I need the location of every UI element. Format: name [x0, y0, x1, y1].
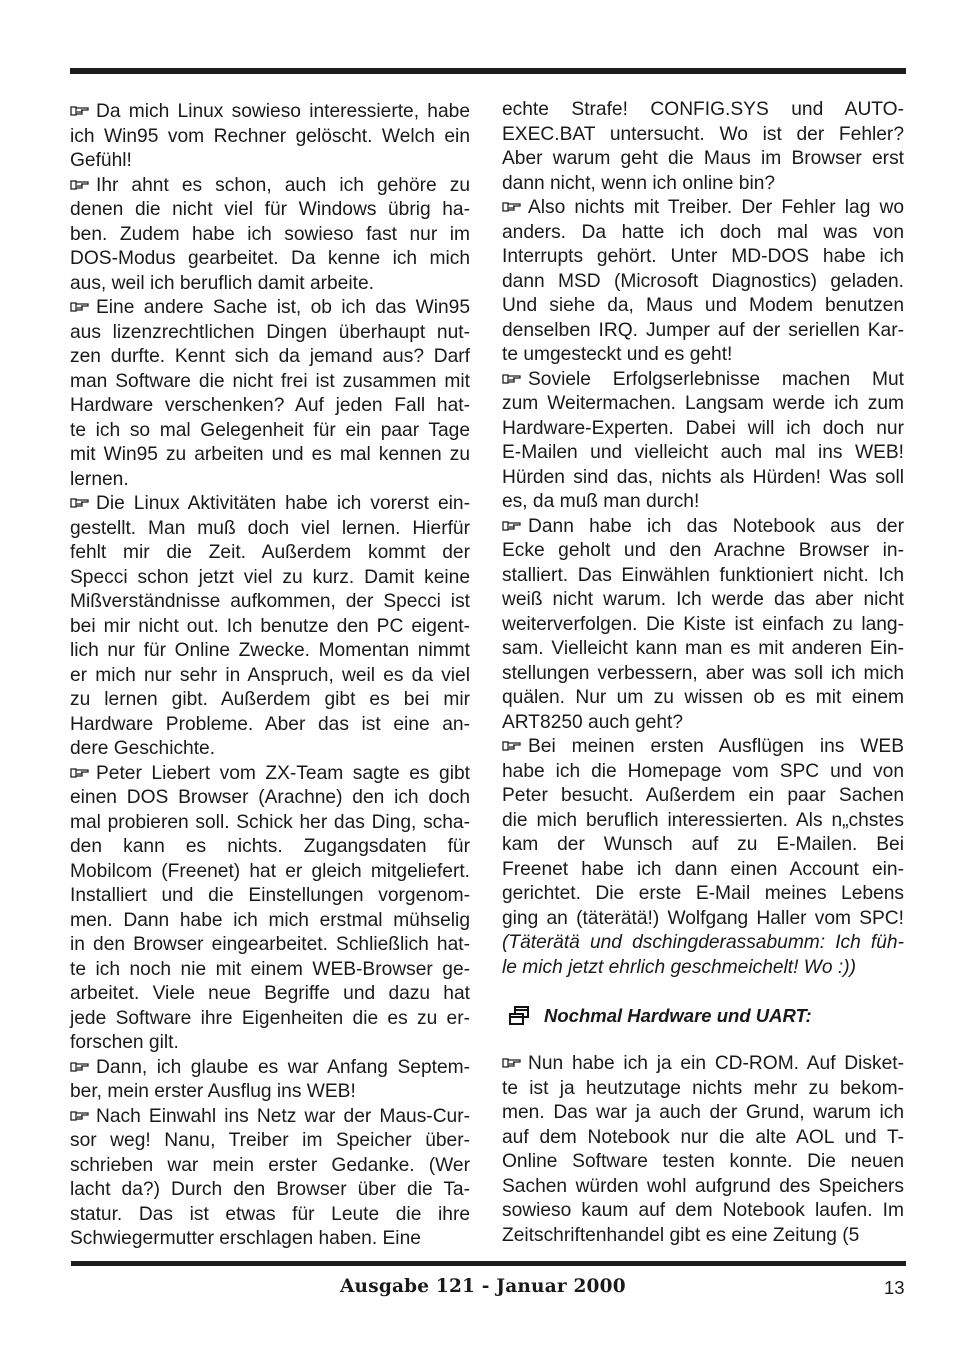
line-text: Mobilcom (Freenet) hat er gleich mitgeli… [70, 861, 470, 882]
paragraph: Da mich Linux sowieso interessierte, hab… [70, 100, 470, 174]
text-line: weiterverfolgen. Die Kiste ist einfach z… [502, 613, 904, 638]
text-line: stellungen verbessern, aber was soll ich… [502, 662, 904, 687]
paragraph: Die Linux Aktivitäten habe ich vorerst e… [70, 492, 470, 762]
line-text: Hardware verschenken? Auf jeden Fall hat… [70, 395, 470, 416]
pointing-hand-icon [502, 519, 522, 531]
line-text: aus, weil ich beruflich damit arbeite. [70, 273, 374, 294]
text-line: Nach Einwahl ins Netz war der Maus-Cur- [70, 1105, 470, 1130]
text-line: Sachen würden wohl aufgrund des Speicher… [502, 1175, 904, 1200]
line-text: te ist ja heutzutage nichts mehr zu beko… [502, 1078, 904, 1099]
line-text: Peter besucht. Außerdem ein paar Sachen [502, 785, 904, 806]
line-text: Nach Einwahl ins Netz war der Maus-Cur- [96, 1106, 470, 1127]
line-text: ber, mein erster Ausflug ins WEB! [70, 1081, 356, 1102]
text-line: sam. Vielleicht kann man es mit anderen … [502, 637, 904, 662]
windows-icon [508, 1006, 530, 1026]
text-line: te ich so mal Gelegenheit für ein paar T… [70, 419, 470, 444]
text-line: ich Win95 vom Rechner gelöscht. Welch ei… [70, 125, 470, 150]
text-line: ging an (täterätä!) Wolfgang Haller vom … [502, 907, 904, 932]
line-text: ART8250 auch geht? [502, 712, 683, 733]
line-text: lacht da?) Durch den Browser über die Ta… [70, 1179, 470, 1200]
text-line: es, da muß man durch! [502, 490, 904, 515]
text-line: fehlt mir die Zeit. Außerdem kommt der [70, 541, 470, 566]
text-line: lacht da?) Durch den Browser über die Ta… [70, 1178, 470, 1203]
text-line: Soviele Erfolgserlebnisse machen Mut [502, 368, 904, 393]
line-text: zum Weitermachen. Langsam werde ich zum [502, 393, 904, 414]
line-text: Aber warum geht die Maus im Browser erst [502, 148, 904, 169]
page-number: 13 [884, 1277, 905, 1299]
pointing-hand-icon [502, 200, 522, 212]
line-text: te ich so mal Gelegenheit für ein paar T… [70, 420, 470, 441]
text-line: mit Win95 zu arbeiten und es mal kennen … [70, 443, 470, 468]
paragraph: Bei meinen ersten Ausflügen ins WEBhabe … [502, 735, 904, 980]
line-text: Peter Liebert vom ZX-Team sagte es gibt [96, 763, 470, 784]
text-line: Hardware-Experten. Dabei will ich doch n… [502, 417, 904, 442]
line-text: Freenet habe ich dann einen Account ein- [502, 859, 904, 880]
line-text: mit Win95 zu arbeiten und es mal kennen … [70, 444, 470, 465]
line-text: Installiert und die Einstellungen vorgen… [70, 885, 470, 906]
text-line: zu lernen gibt. Außerdem gibt es bei mir [70, 688, 470, 713]
text-line: Online Software testen konnte. Die neuen [502, 1150, 904, 1175]
pointing-hand-icon [70, 178, 90, 190]
text-line: Mobilcom (Freenet) hat er gleich mitgeli… [70, 860, 470, 885]
text-line: zum Weitermachen. Langsam werde ich zum [502, 392, 904, 417]
text-line: EXEC.BAT untersucht. Wo ist der Fehler? [502, 123, 904, 148]
line-text: E-Mailen und vielleicht auch mal ins WEB… [502, 442, 904, 463]
line-text: ich Win95 vom Rechner gelöscht. Welch ei… [70, 126, 470, 147]
line-text: statur. Das ist etwas für Leute die ihre [70, 1204, 470, 1225]
text-line: aus, weil ich beruflich damit arbeite. [70, 272, 470, 297]
paragraph: Also nichts mit Treiber. Der Fehler lag … [502, 196, 904, 368]
line-text: Also nichts mit Treiber. Der Fehler lag … [528, 197, 904, 218]
pointing-hand-icon [70, 300, 90, 312]
text-line: Gefühl! [70, 149, 470, 174]
text-line: Ihr ahnt es schon, auch ich gehöre zu [70, 174, 470, 199]
text-line: Da mich Linux sowieso interessierte, hab… [70, 100, 470, 125]
text-line: Interrupts gehört. Unter MD-DOS habe ich [502, 245, 904, 270]
text-line: die mich beruflich interessierten. Als n… [502, 809, 904, 834]
line-text: Schwiegermutter erschlagen haben. Eine [70, 1228, 421, 1249]
line-text: forschen gilt. [70, 1032, 179, 1053]
text-line: jede Software ihre Eigenheiten die es zu… [70, 1007, 470, 1032]
issue-footer: Ausgabe 121 - Januar 2000 [340, 1276, 626, 1297]
line-text: lich nur für Online Zwecke. Momentan nim… [70, 640, 470, 661]
text-line: zen durfte. Kennt sich da jemand aus? Da… [70, 345, 470, 370]
line-text: Online Software testen konnte. Die neuen [502, 1151, 904, 1172]
line-text: gestellt. Man muß doch viel lernen. Hier… [70, 518, 470, 539]
line-text: dere Geschichte. [70, 738, 215, 759]
line-text: Die Linux Aktivitäten habe ich vorerst e… [96, 493, 470, 514]
text-line: anders. Da hatte ich doch mal was von [502, 221, 904, 246]
text-line: te ist ja heutzutage nichts mehr zu beko… [502, 1077, 904, 1102]
text-line: men. Dann habe ich mich erstmal mühselig [70, 909, 470, 934]
line-text: gerichtet. Die erste E-Mail meines Leben… [502, 883, 904, 904]
text-line: dann nicht, wenn ich online bin? [502, 172, 904, 197]
text-line: men. Das war ja auch der Grund, warum ic… [502, 1101, 904, 1126]
bottom-rule [71, 1261, 906, 1266]
line-text: echte Strafe! CONFIG.SYS und AUTO- [502, 99, 904, 120]
text-line: Hürden sind das, nichts als Hürden! Was … [502, 466, 904, 491]
line-text: den kann es nichts. Zugangsdaten für [70, 836, 470, 857]
line-text: Ihr ahnt es schon, auch ich gehöre zu [96, 175, 470, 196]
text-line: aus lizenzrechtlichen Dingen überhaupt n… [70, 321, 470, 346]
text-line: lernen. [70, 468, 470, 493]
pointing-hand-icon [502, 1056, 522, 1068]
line-text: die mich beruflich interessierten. Als n… [502, 810, 904, 831]
text-line: in den Browser eingearbeitet. Schließlic… [70, 933, 470, 958]
line-text: denen die nicht viel für Windows übrig h… [70, 199, 470, 220]
text-line: Hardware Probleme. Aber das ist eine an- [70, 713, 470, 738]
pointing-hand-icon [70, 1109, 90, 1121]
text-line: Ecke geholt und den Arachne Browser in- [502, 539, 904, 564]
text-line: Die Linux Aktivitäten habe ich vorerst e… [70, 492, 470, 517]
line-text: ben. Zudem habe ich sowieso fast nur im [70, 224, 470, 245]
text-line: Mißverständnisse aufkommen, der Specci i… [70, 590, 470, 615]
right-column: echte Strafe! CONFIG.SYS und AUTO-EXEC.B… [502, 98, 904, 1248]
paragraph: echte Strafe! CONFIG.SYS und AUTO-EXEC.B… [502, 98, 904, 196]
line-text: EXEC.BAT untersucht. Wo ist der Fehler? [502, 124, 904, 145]
text-line: stalliert. Das Einwählen funktioniert ni… [502, 564, 904, 589]
line-text: Dann habe ich das Notebook aus der [528, 516, 904, 537]
text-line: Nun habe ich ja ein CD-ROM. Auf Disket- [502, 1052, 904, 1077]
line-text: Eine andere Sache ist, ob ich das Win95 [96, 297, 470, 318]
editor-note-line: (Täterätä und dschingderassabumm: Ich fü… [502, 931, 904, 956]
paragraph: Peter Liebert vom ZX-Team sagte es gibte… [70, 762, 470, 1056]
text-line: Hardware verschenken? Auf jeden Fall hat… [70, 394, 470, 419]
text-line: denselben IRQ. Jumper auf der seriellen … [502, 319, 904, 344]
text-line: Dann habe ich das Notebook aus der [502, 515, 904, 540]
text-line: quälen. Nur um zu wissen ob es mit einem [502, 686, 904, 711]
line-text: bei mir nicht out. Ich benutze den PC ei… [70, 616, 470, 637]
line-text: stalliert. Das Einwählen funktioniert ni… [502, 565, 904, 586]
paragraph: Nun habe ich ja ein CD-ROM. Auf Disket-t… [502, 1052, 904, 1248]
line-text: dann nicht, wenn ich online bin? [502, 173, 775, 194]
line-text: ging an (täterätä!) Wolfgang Haller vom … [502, 908, 904, 929]
text-line: Peter besucht. Außerdem ein paar Sachen [502, 784, 904, 809]
line-text: men. Das war ja auch der Grund, warum ic… [502, 1102, 904, 1123]
text-line: auf dem Notebook nur die alte AOL und T- [502, 1126, 904, 1151]
line-text: jede Software ihre Eigenheiten die es zu… [70, 1008, 470, 1029]
text-line: mal probieren soll. Schick her das Ding,… [70, 811, 470, 836]
line-text: Specci schon jetzt viel zu kurz. Damit k… [70, 567, 470, 588]
line-text: anders. Da hatte ich doch mal was von [502, 222, 904, 243]
text-line: kam der Wunsch auf zu E-Mailen. Bei [502, 833, 904, 858]
line-text: man Software die nicht frei ist zusammen… [70, 371, 470, 392]
line-text: Und siehe da, Maus und Modem benutzen [502, 295, 904, 316]
text-line: Aber warum geht die Maus im Browser erst [502, 147, 904, 172]
editor-note-line: le mich jetzt ehrlich geschmeichelt! Wo … [502, 956, 904, 981]
text-line: DOS-Modus gearbeitet. Da kenne ich mich [70, 247, 470, 272]
line-text: aus lizenzrechtlichen Dingen überhaupt n… [70, 322, 470, 343]
line-text: weiterverfolgen. Die Kiste ist einfach z… [502, 614, 904, 635]
text-line: te umgesteckt und es geht! [502, 343, 904, 368]
pointing-hand-icon [502, 372, 522, 384]
line-text: men. Dann habe ich mich erstmal mühselig [70, 910, 470, 931]
text-line: gerichtet. Die erste E-Mail meines Leben… [502, 882, 904, 907]
text-line: Bei meinen ersten Ausflügen ins WEB [502, 735, 904, 760]
pointing-hand-icon [70, 1060, 90, 1072]
line-text: Soviele Erfolgserlebnisse machen Mut [528, 369, 904, 390]
text-line: echte Strafe! CONFIG.SYS und AUTO- [502, 98, 904, 123]
section-heading-text: Nochmal Hardware und UART: [544, 1004, 812, 1028]
line-text: kam der Wunsch auf zu E-Mailen. Bei [502, 834, 904, 855]
text-line: einen DOS Browser (Arachne) den ich doch [70, 786, 470, 811]
text-line: Zeitschriftenhandel gibt es eine Zeitung… [502, 1224, 904, 1249]
line-text: schrieben war mein erster Gedanke. (Wer [70, 1155, 470, 1176]
line-text: te umgesteckt und es geht! [502, 344, 732, 365]
line-text: te ich noch nie mit einem WEB-Browser ge… [70, 959, 470, 980]
paragraph: Soviele Erfolgserlebnisse machen Mutzum … [502, 368, 904, 515]
text-line: ben. Zudem habe ich sowieso fast nur im [70, 223, 470, 248]
paragraph: Nach Einwahl ins Netz war der Maus-Cur-s… [70, 1105, 470, 1252]
pointing-hand-icon [70, 104, 90, 116]
paragraph: Eine andere Sache ist, ob ich das Win95a… [70, 296, 470, 492]
line-text: sor weg! Nanu, Treiber im Speicher über- [70, 1130, 470, 1151]
text-line: man Software die nicht frei ist zusammen… [70, 370, 470, 395]
text-line: forschen gilt. [70, 1031, 470, 1056]
text-line: schrieben war mein erster Gedanke. (Wer [70, 1154, 470, 1179]
text-line: Schwiegermutter erschlagen haben. Eine [70, 1227, 470, 1252]
paragraph: Dann, ich glaube es war Anfang Septem-be… [70, 1056, 470, 1105]
line-text: in den Browser eingearbeitet. Schließlic… [70, 934, 470, 955]
line-text: Bei meinen ersten Ausflügen ins WEB [528, 736, 904, 757]
line-text: DOS-Modus gearbeitet. Da kenne ich mich [70, 248, 470, 269]
text-line: denen die nicht viel für Windows übrig h… [70, 198, 470, 223]
line-text: dann MSD (Microsoft Diagnostics) geladen… [502, 271, 904, 292]
line-text: lernen. [70, 469, 129, 490]
line-text: Zeitschriftenhandel gibt es eine Zeitung… [502, 1225, 859, 1246]
line-text: stellungen verbessern, aber was soll ich… [502, 663, 904, 684]
text-line: dere Geschichte. [70, 737, 470, 762]
text-line: Dann, ich glaube es war Anfang Septem- [70, 1056, 470, 1081]
text-line: Freenet habe ich dann einen Account ein- [502, 858, 904, 883]
text-line: ART8250 auch geht? [502, 711, 904, 736]
text-line: E-Mailen und vielleicht auch mal ins WEB… [502, 441, 904, 466]
text-line: Und siehe da, Maus und Modem benutzen [502, 294, 904, 319]
line-text: auf dem Notebook nur die alte AOL und T- [502, 1127, 904, 1148]
paragraph: Ihr ahnt es schon, auch ich gehöre zuden… [70, 174, 470, 297]
pointing-hand-icon [70, 766, 90, 778]
line-text: Da mich Linux sowieso interessierte, hab… [96, 101, 470, 122]
line-text: Ecke geholt und den Arachne Browser in- [502, 540, 904, 561]
text-line: habe ich die Homepage vom SPC und von [502, 760, 904, 785]
line-text: arbeitet. Viele neue Begriffe und dazu h… [70, 983, 470, 1004]
text-line: weiß nicht warum. Ich werde das aber nic… [502, 588, 904, 613]
text-line: statur. Das ist etwas für Leute die ihre [70, 1203, 470, 1228]
line-text: fehlt mir die Zeit. Außerdem kommt der [70, 542, 470, 563]
line-text: einen DOS Browser (Arachne) den ich doch [70, 787, 470, 808]
text-line: Installiert und die Einstellungen vorgen… [70, 884, 470, 909]
text-line: gestellt. Man muß doch viel lernen. Hier… [70, 517, 470, 542]
line-text: Gefühl! [70, 150, 132, 171]
line-text: Mißverständnisse aufkommen, der Specci i… [70, 591, 470, 612]
line-text: weiß nicht warum. Ich werde das aber nic… [502, 589, 904, 610]
text-line: Specci schon jetzt viel zu kurz. Damit k… [70, 566, 470, 591]
section-heading: Nochmal Hardware und UART: [502, 1004, 904, 1028]
line-text: habe ich die Homepage vom SPC und von [502, 761, 904, 782]
text-line: Eine andere Sache ist, ob ich das Win95 [70, 296, 470, 321]
text-line: dann MSD (Microsoft Diagnostics) geladen… [502, 270, 904, 295]
text-line: den kann es nichts. Zugangsdaten für [70, 835, 470, 860]
line-text: quälen. Nur um zu wissen ob es mit einem [502, 687, 904, 708]
line-text: sam. Vielleicht kann man es mit anderen … [502, 638, 904, 659]
line-text: mal probieren soll. Schick her das Ding,… [70, 812, 470, 833]
text-line: sowieso kaum auf dem Notebook laufen. Im [502, 1199, 904, 1224]
text-line: lich nur für Online Zwecke. Momentan nim… [70, 639, 470, 664]
line-text: Hardware-Experten. Dabei will ich doch n… [502, 418, 904, 439]
text-line: bei mir nicht out. Ich benutze den PC ei… [70, 615, 470, 640]
line-text: Dann, ich glaube es war Anfang Septem- [96, 1057, 470, 1078]
line-text: es, da muß man durch! [502, 491, 699, 512]
line-text: Hürden sind das, nichts als Hürden! Was … [502, 467, 904, 488]
line-text: sowieso kaum auf dem Notebook laufen. Im [502, 1200, 904, 1221]
text-line: ber, mein erster Ausflug ins WEB! [70, 1080, 470, 1105]
pointing-hand-icon [502, 739, 522, 751]
line-text: Nun habe ich ja ein CD-ROM. Auf Disket- [528, 1053, 904, 1074]
top-rule [70, 68, 906, 74]
line-text: Interrupts gehört. Unter MD-DOS habe ich [502, 246, 904, 267]
text-line: te ich noch nie mit einem WEB-Browser ge… [70, 958, 470, 983]
line-text: er mich nur sehr in Anspruch, weil es da… [70, 665, 470, 686]
left-column: Da mich Linux sowieso interessierte, hab… [70, 100, 470, 1252]
text-line: er mich nur sehr in Anspruch, weil es da… [70, 664, 470, 689]
paragraph: Dann habe ich das Notebook aus derEcke g… [502, 515, 904, 736]
line-text: zu lernen gibt. Außerdem gibt es bei mir [70, 689, 470, 710]
text-line: Peter Liebert vom ZX-Team sagte es gibt [70, 762, 470, 787]
text-line: arbeitet. Viele neue Begriffe und dazu h… [70, 982, 470, 1007]
text-line: sor weg! Nanu, Treiber im Speicher über- [70, 1129, 470, 1154]
line-text: denselben IRQ. Jumper auf der seriellen … [502, 320, 904, 341]
line-text: zen durfte. Kennt sich da jemand aus? Da… [70, 346, 470, 367]
pointing-hand-icon [70, 496, 90, 508]
line-text: Hardware Probleme. Aber das ist eine an- [70, 714, 470, 735]
text-line: Also nichts mit Treiber. Der Fehler lag … [502, 196, 904, 221]
line-text: Sachen würden wohl aufgrund des Speicher… [502, 1176, 904, 1197]
